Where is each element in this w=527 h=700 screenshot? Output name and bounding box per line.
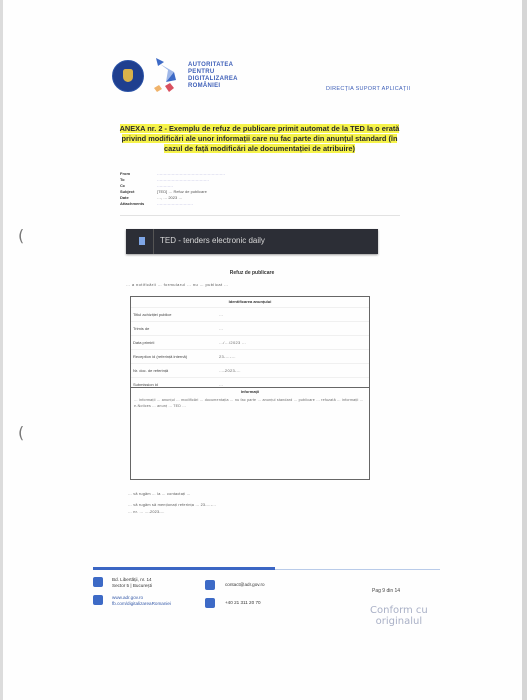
- meta-value: ………………………: [157, 201, 193, 207]
- footer-address: Bd. Libertății, nr. 14 Sector 5 | Bucure…: [112, 577, 152, 589]
- row-label: Reception id (referință internă): [131, 350, 219, 363]
- email-meta-row: Attachments………………………: [120, 201, 225, 207]
- row-label: Titlul achiziției publice: [131, 308, 219, 321]
- information-body: … informații … anunțul … modificări … do…: [131, 397, 369, 410]
- table-row: Titlul achiziției publice…: [131, 307, 369, 321]
- row-label: Nr. doc. de referință: [131, 364, 219, 377]
- web-icon: [93, 595, 103, 605]
- information-header: Informații: [131, 387, 369, 397]
- refusal-intro: … a notificării … formularul … nu … publ…: [126, 282, 228, 287]
- ted-banner: TED - tenders electronic daily: [126, 229, 378, 254]
- row-label: Data primirii: [131, 336, 219, 349]
- row-value: …-2023-…: [219, 364, 241, 377]
- location-icon: [93, 577, 103, 587]
- information-box: Informații … informații … anunțul … modi…: [130, 387, 370, 480]
- punch-hole-mark: (: [18, 226, 24, 245]
- footer-web: www.adr.gov.ro fb.com/digitalizareaRoman…: [112, 595, 171, 607]
- meta-label: Attachments: [120, 201, 157, 207]
- footer-rule: [93, 567, 275, 570]
- table-row: Reception id (referință internă)23-…-…: [131, 349, 369, 363]
- page-edge-right: [522, 0, 527, 700]
- row-value: …/…/2023 …: [219, 336, 246, 349]
- footer-phone: +40 21 311 20 70: [225, 600, 261, 606]
- row-value: 23-…-…: [219, 350, 236, 363]
- authority-name: AUTORITATEA PENTRU DIGITALIZAREA ROMÂNIE…: [188, 62, 238, 90]
- row-label: Trimis de: [131, 322, 219, 335]
- table-row: Trimis de…: [131, 321, 369, 335]
- romanian-government-crest-icon: [112, 60, 144, 92]
- email-meta: From……………………………………………To…………………………………Cc………: [120, 171, 225, 207]
- row-value: …: [219, 308, 223, 321]
- certified-stamp: Conform cu originalul: [370, 605, 428, 627]
- table-row: Nr. doc. de referință…-2023-…: [131, 363, 369, 377]
- footer-email[interactable]: contact@adr.gov.ro: [225, 582, 265, 588]
- after-text: … vă rugăm … la … contactați … … vă rugă…: [128, 491, 378, 516]
- row-value: …: [219, 322, 223, 335]
- page-number: Pag 9 din 14: [372, 588, 400, 594]
- identification-header: Identificarea anunțului: [131, 297, 369, 307]
- punch-hole-mark: (: [18, 423, 24, 442]
- department-name: DIRECȚIA SUPORT APLICAȚII: [326, 86, 410, 92]
- email-icon: [205, 580, 215, 590]
- annex-title: ANEXA nr. 2 - Exemplu de refuz de public…: [112, 124, 407, 154]
- divider: [120, 215, 400, 216]
- adr-logo-icon: [152, 58, 178, 94]
- ted-title: TED - tenders electronic daily: [160, 236, 265, 245]
- page-edge-left: [0, 0, 3, 700]
- identification-table: Identificarea anunțului Titlul achiziție…: [130, 296, 370, 388]
- refusal-title: Refuz de publicare: [126, 270, 378, 276]
- phone-icon: [205, 598, 215, 608]
- divider: [153, 229, 154, 254]
- footer-rule: [275, 569, 440, 570]
- ted-document-icon: [139, 237, 145, 245]
- table-row: Data primirii…/…/2023 …: [131, 335, 369, 349]
